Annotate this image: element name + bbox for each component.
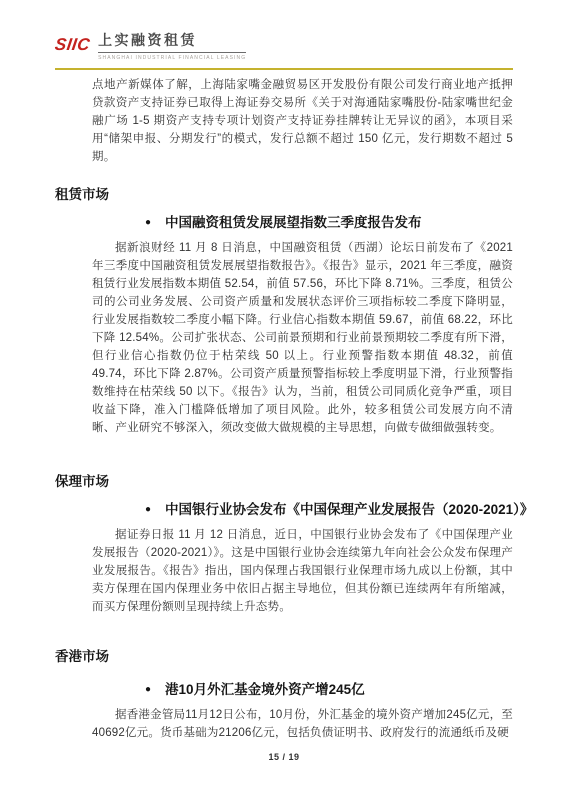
section-paragraph: 据新浪财经 11 月 8 日消息，中国融资租赁（西湖）论坛日前发布了《2021 … — [92, 239, 513, 437]
section-factoring-market: 保理市场 ● 中国银行业协会发布《中国保理产业发展报告（2020-2021）》 … — [55, 472, 513, 616]
section-title-factoring: 保理市场 — [55, 472, 513, 491]
headline-text: 港10月外汇基金境外资产增245亿 — [165, 680, 365, 700]
page-content: 点地产新媒体了解，上海陆家嘴金融贸易区开发股份有限公司发行商业地产抵押贷款资产支… — [0, 76, 565, 762]
company-name: 上实融资租赁 — [98, 32, 246, 53]
siic-logo-icon: SIIC — [54, 36, 91, 53]
section-hongkong-market: 香港市场 ● 港10月外汇基金境外资产增245亿 据香港金管局11月12日公布，… — [55, 647, 513, 742]
section-paragraph: 据证券日报 11 月 12 日消息，近日，中国银行业协会发布了《中国保理产业发展… — [92, 526, 513, 616]
page-header: SIIC 上实融资租赁 SHANGHAI INDUSTRIAL FINANCIA… — [0, 0, 565, 61]
logo-text-block: 上实融资租赁 SHANGHAI INDUSTRIAL FINANCIAL LEA… — [98, 32, 246, 61]
news-headline: ● 中国银行业协会发布《中国保理产业发展报告（2020-2021）》 — [145, 500, 513, 520]
company-logo: SIIC 上实融资租赁 SHANGHAI INDUSTRIAL FINANCIA… — [55, 32, 513, 61]
gold-divider-line — [55, 68, 513, 70]
section-title-leasing: 租赁市场 — [55, 185, 513, 204]
intro-paragraph: 点地产新媒体了解，上海陆家嘴金融贸易区开发股份有限公司发行商业地产抵押贷款资产支… — [92, 76, 513, 166]
bullet-icon: ● — [145, 505, 151, 515]
newsletter-page: SIIC 上实融资租赁 SHANGHAI INDUSTRIAL FINANCIA… — [0, 0, 565, 800]
company-name-english: SHANGHAI INDUSTRIAL FINANCIAL LEASING — [98, 55, 246, 61]
section-title-hongkong: 香港市场 — [55, 647, 513, 666]
page-number: 15 / 19 — [55, 752, 513, 762]
news-headline: ● 中国融资租赁发展展望指数三季度报告发布 — [145, 213, 513, 233]
bullet-icon: ● — [145, 685, 151, 695]
section-paragraph: 据香港金管局11月12日公布，10月份，外汇基金的境外资产增加245亿元，至40… — [92, 706, 513, 742]
bullet-icon: ● — [145, 218, 151, 228]
headline-text: 中国融资租赁发展展望指数三季度报告发布 — [165, 213, 422, 233]
headline-text: 中国银行业协会发布《中国保理产业发展报告（2020-2021）》 — [165, 500, 533, 520]
news-headline: ● 港10月外汇基金境外资产增245亿 — [145, 680, 513, 700]
section-leasing-market: 租赁市场 ● 中国融资租赁发展展望指数三季度报告发布 据新浪财经 11 月 8 … — [55, 185, 513, 437]
